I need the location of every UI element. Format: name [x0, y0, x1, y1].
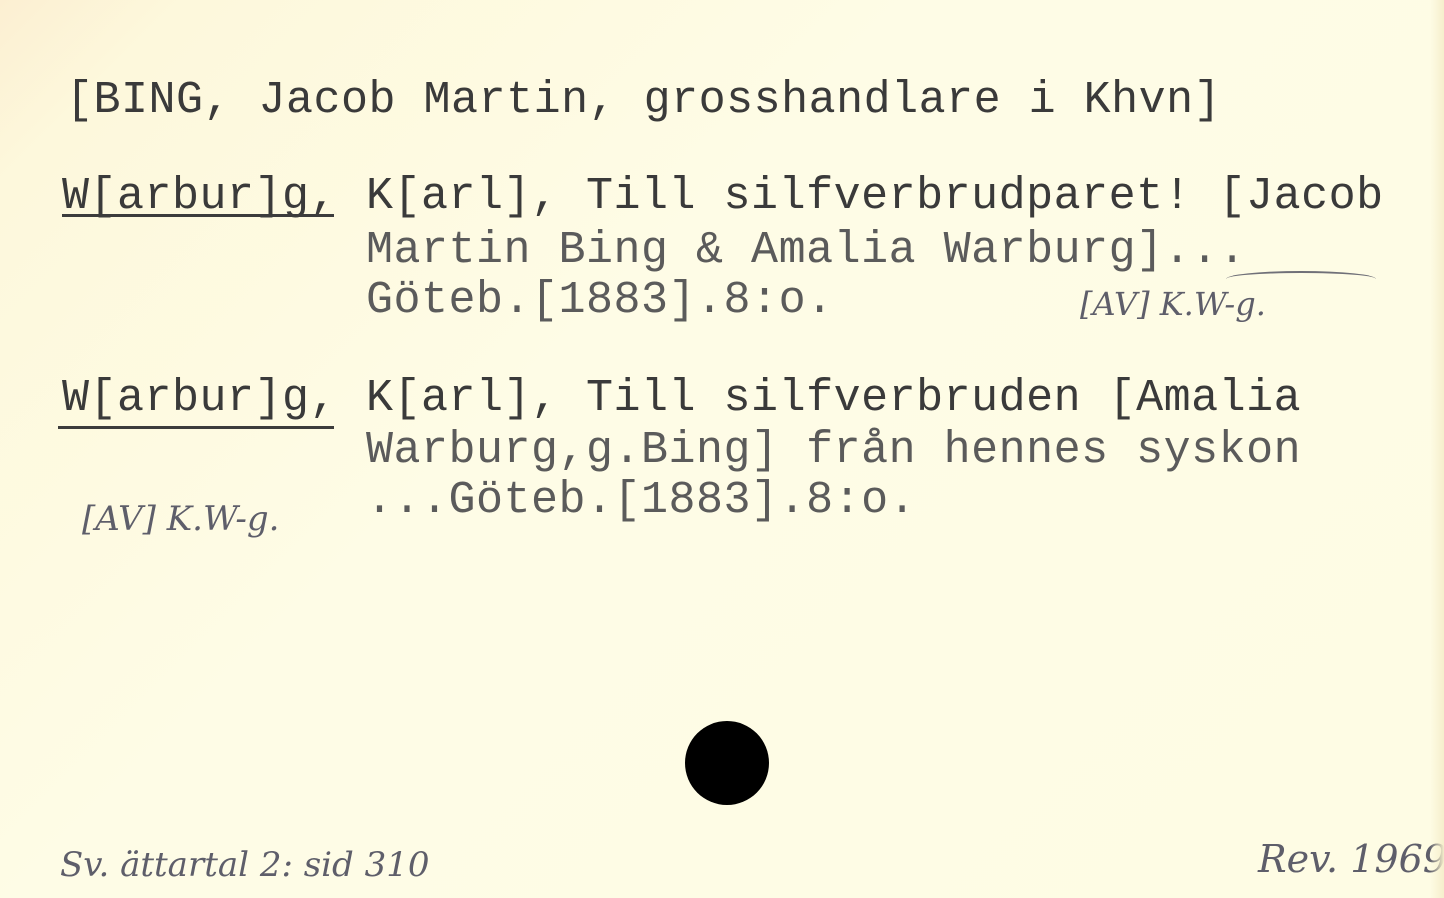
- card-heading: [BING, Jacob Martin, grosshandlare i Khv…: [66, 78, 1221, 123]
- entry-1-author-underline: [62, 214, 334, 217]
- catalog-card: [BING, Jacob Martin, grosshandlare i Khv…: [0, 0, 1444, 898]
- entry-1-author: W[arbur]g,: [62, 174, 337, 219]
- entry-1-imprint: Göteb.[1883].8:o.: [366, 278, 834, 323]
- entry-2-handwritten-attribution: [AV] K.W-g.: [82, 502, 280, 536]
- entry-1-title-line1: K[arl], Till silfverbrudparet! [Jacob: [366, 174, 1384, 219]
- entry-2-title-line2: Warburg,g.Bing] från hennes syskon: [366, 428, 1301, 473]
- entry-1-title-line2: Martin Bing & Amalia Warburg]...: [366, 228, 1246, 273]
- entry-2-author-underline: [58, 426, 334, 429]
- entry-2-author: W[arbur]g,: [62, 376, 337, 421]
- footer-handwritten-revision: Rev. 1969: [1258, 840, 1444, 878]
- entry-2-title-line1: K[arl], Till silfverbruden [Amalia: [366, 376, 1301, 421]
- footer-handwritten-reference: Sv. ättartal 2: sid 310: [60, 848, 430, 882]
- entry-1-handwritten-attribution: [AV] K.W-g.: [1080, 288, 1266, 320]
- entry-2-imprint: ...Göteb.[1883].8:o.: [366, 478, 916, 523]
- punch-hole: [685, 721, 769, 805]
